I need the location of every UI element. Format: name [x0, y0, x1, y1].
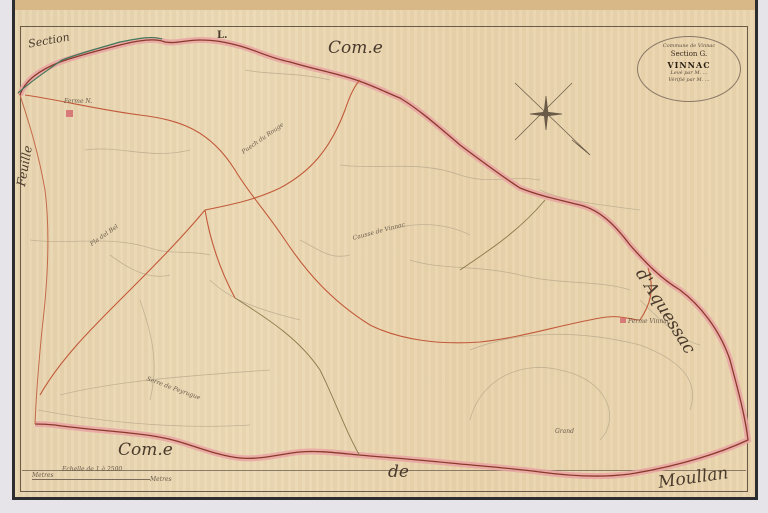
scale-left-label: Metres: [32, 472, 54, 479]
ferme-marker: [620, 318, 626, 323]
label-de: de: [388, 462, 409, 482]
scale-right-label: Metres: [150, 476, 172, 483]
cartouche-title: VINNAC: [638, 60, 740, 70]
paths: [235, 200, 545, 456]
label-ferme-top: Ferme N.: [64, 98, 92, 105]
compass-rose-icon: [515, 83, 590, 155]
ferme-marker: [66, 110, 73, 117]
roads: [25, 80, 651, 395]
title-cartouche: Commune de Vinnac Section G. VINNAC Levé…: [637, 36, 741, 102]
label-com-bottom: Com.e: [118, 440, 173, 460]
label-com-top: Com.e: [328, 38, 383, 58]
parcel-lines: [30, 70, 700, 440]
cartouche-surveyor: Levé par M. ...: [638, 70, 740, 77]
scale-title: Echelle de 1 à 2500: [62, 466, 122, 473]
cartouche-section: Section G.: [638, 50, 740, 58]
label-grand: Grand: [555, 428, 574, 435]
commune-boundary-wash: [20, 40, 748, 476]
cartouche-verifier: Vérifié par M. ...: [638, 77, 740, 84]
cartouche-commune: Commune de Vinnac: [638, 43, 740, 50]
section-letter: L.: [217, 30, 228, 41]
label-ferme-right: Ferme Vinnac: [628, 318, 670, 325]
scale-bar: [32, 479, 150, 480]
